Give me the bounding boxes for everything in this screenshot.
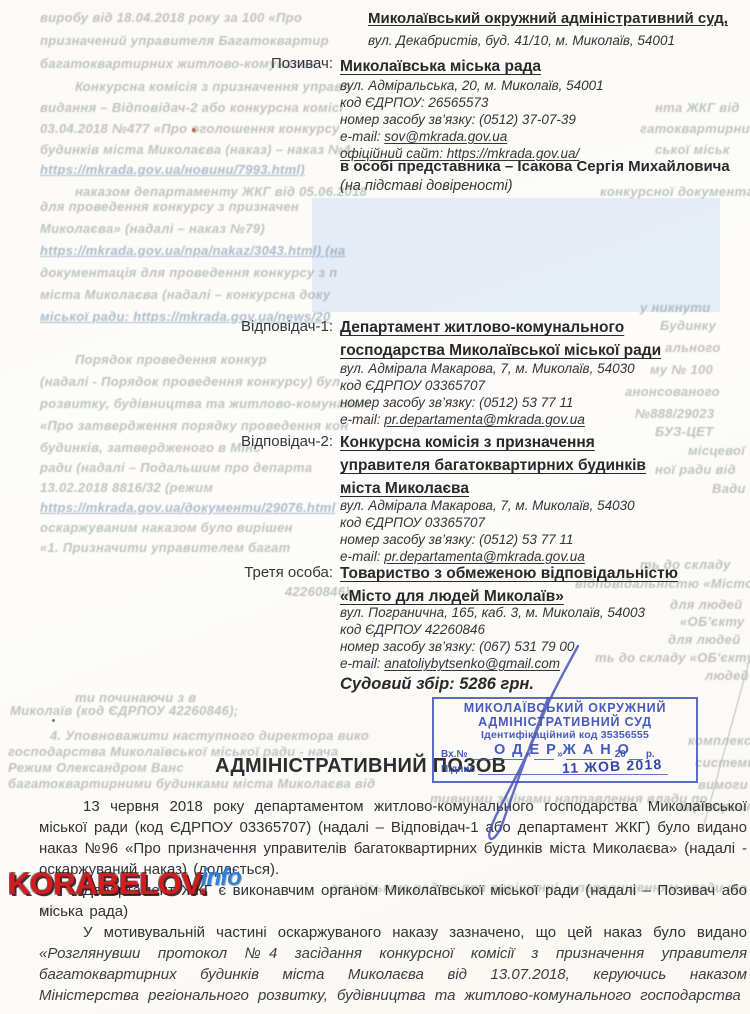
defendant1-email-line: e-mail: pr.departamenta@mkrada.gov.ua [340, 411, 635, 428]
stamp-id-code: Ідентифікаційний код 35356555 [434, 729, 696, 741]
defendant1-address: вул. Адмірала Макарова, 7, м. Миколаїв, … [340, 360, 635, 377]
stamp-blank-line [534, 750, 554, 760]
email-label: e-mail: [340, 129, 384, 144]
defendant2-name: Конкурсна комісія з призначення управите… [340, 431, 646, 500]
document-content: Миколаївський окружний адміністративний … [0, 0, 750, 1014]
defendant1-details: вул. Адмірала Макарова, 7, м. Миколаїв, … [340, 360, 635, 428]
court-address: вул. Декабристів, буд. 41/10, м. Миколаї… [368, 33, 675, 48]
plaintiff-edrpou: код ЄДРПОУ: 26565573 [340, 94, 604, 111]
defendant2-label: Відповідач-2: [143, 433, 333, 450]
third-party-email-link: anatoliybytsenko@gmail.com [384, 656, 560, 671]
court-name: Миколаївський окружний адміністративний … [368, 10, 728, 27]
plaintiff-address: вул. Адміральська, 20, м. Миколаїв, 5400… [340, 77, 604, 94]
paragraph-3-quote: «Розглянувши протокол №4 засідання конку… [39, 945, 747, 1004]
paragraph-3: У мотивувальній частині оскаржуваного на… [39, 922, 747, 1006]
third-party-name: Товариство з обмеженою відповідальністю … [340, 562, 678, 608]
third-party-email-line: e-mail: anatoliybytsenko@gmail.com [340, 655, 645, 672]
plaintiff-details: вул. Адміральська, 20, м. Миколаїв, 5400… [340, 77, 604, 162]
scanned-document-page: виробу від 18.04.2018 року за 100 «Пропр… [0, 0, 750, 1014]
stamp-signature-label: Підпис [441, 764, 475, 775]
defendant2-phone: номер засобу зв’язку: (0512) 53 77 11 [340, 531, 635, 548]
paragraph-3-regular: У мотивувальній частині оскаржуваного на… [83, 924, 747, 941]
plaintiff-phone: номер засобу зв’язку: (0512) 37-07-39 [340, 111, 604, 128]
plaintiff-email-link: sov@mkrada.gov.ua [384, 129, 507, 144]
defendant1-name-line2: господарства Миколаївської міської ради [340, 339, 661, 362]
third-party-phone: номер засобу зв’язку: (067) 531 79 00 [340, 638, 645, 655]
stamp-open-quote: « [526, 749, 532, 760]
watermark-main: KORABELOV. [8, 866, 207, 901]
court-received-stamp: МИКОЛАЇВСЬКИЙ ОКРУЖНИЙ АДМІНІСТРАТИВНИЙ … [432, 697, 698, 783]
watermark-suffix: info [201, 864, 241, 891]
plaintiff-email-line: e-mail: sov@mkrada.gov.ua [340, 128, 604, 145]
third-party-edrpou: код ЄДРПОУ 42260846 [340, 621, 645, 638]
plaintiff-name: Миколаївська міська рада [340, 55, 541, 78]
court-fee: Судовий збір: 5286 грн. [340, 675, 534, 694]
plaintiff-representative-note: (на підставі довіреності) [340, 178, 513, 194]
third-party-details: вул. Погранична, 165, каб. 3, м. Миколаї… [340, 604, 645, 672]
defendant2-address: вул. Адмірала Макарова, 7, м. Миколаїв, … [340, 497, 635, 514]
defendant1-name-line1: Департамент житлово-комунального [340, 316, 661, 339]
email-label: e-mail: [340, 412, 384, 427]
defendant2-edrpou: код ЄДРПОУ 03365707 [340, 514, 635, 531]
defendant2-name-line1: Конкурсна комісія з призначення [340, 431, 646, 454]
defendant1-edrpou: код ЄДРПОУ 03365707 [340, 377, 635, 394]
stamp-in-label: Вх.№ [441, 749, 468, 760]
stamp-court-name-line1: МИКОЛАЇВСЬКИЙ ОКРУЖНИЙ [434, 701, 696, 715]
plaintiff-label: Позивач: [143, 55, 333, 72]
plaintiff-representative: в особі представника – Ісакова Сергія Ми… [340, 158, 730, 175]
email-label: e-mail: [340, 656, 384, 671]
stamp-close-quote: » [557, 749, 563, 760]
defendant1-name: Департамент житлово-комунального господа… [340, 316, 661, 362]
defendant1-email-link: pr.departamenta@mkrada.gov.ua [384, 412, 585, 427]
third-party-name-line1: Товариство з обмеженою відповідальністю [340, 562, 678, 585]
third-party-address: вул. Погранична, 165, каб. 3, м. Миколаї… [340, 604, 645, 621]
stamp-court-name-line2: АДМІНІСТРАТИВНИЙ СУД [434, 715, 696, 729]
korabelov-watermark: KORABELOV.info [8, 866, 247, 902]
defendant1-phone: номер засобу зв’язку: (0512) 53 77 11 [340, 394, 635, 411]
third-party-label: Третя особа: [143, 564, 333, 581]
stamp-blank-line [471, 750, 523, 760]
defendant1-label: Відповідач-1: [143, 318, 333, 335]
defendant2-name-line2: управителя багатоквартирних будинків [340, 454, 646, 477]
defendant2-details: вул. Адмірала Макарова, 7, м. Миколаїв, … [340, 497, 635, 565]
